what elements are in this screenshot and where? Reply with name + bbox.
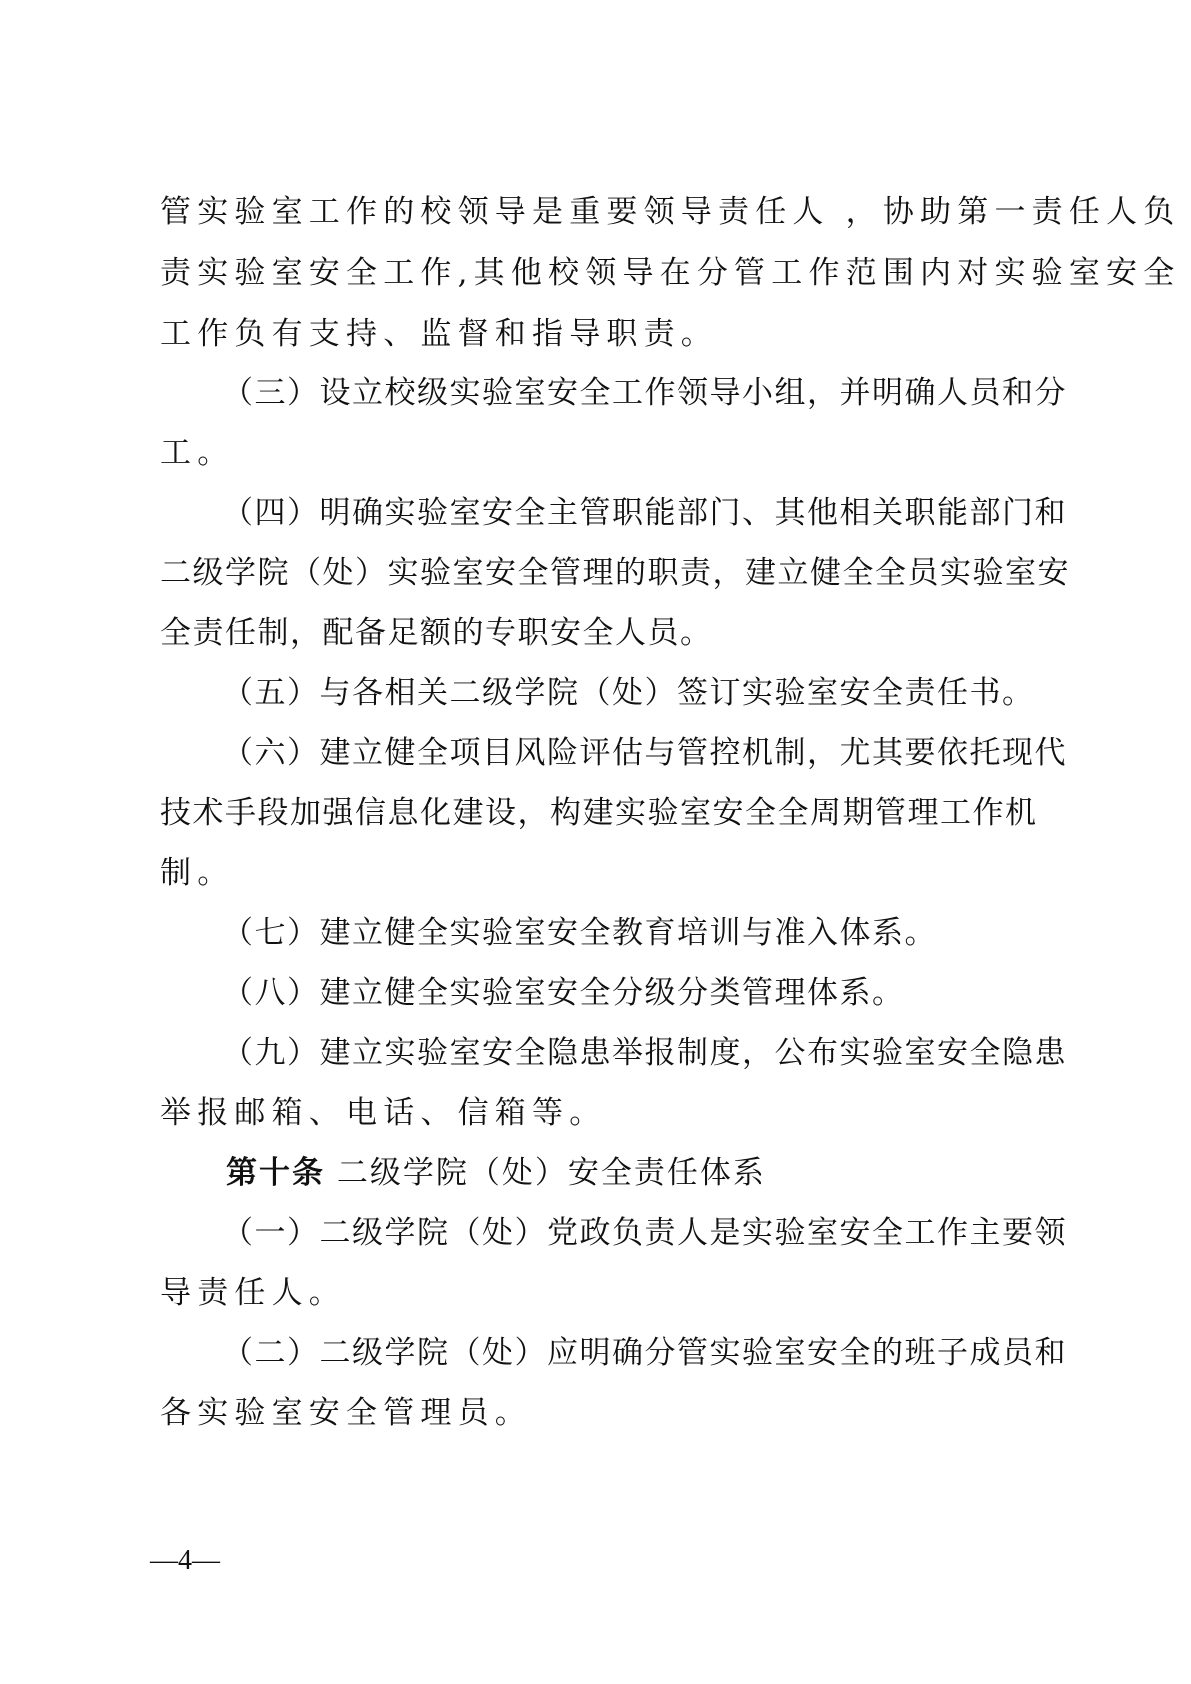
paragraph-line: 各实验室安全管理员。 — [160, 1393, 1050, 1433]
page-number: —4— — [150, 1545, 220, 1577]
paragraph-line: （三）设立校级实验室安全工作领导小组，并明确人员和分 — [222, 373, 1112, 413]
paragraph-line: （七）建立健全实验室安全教育培训与准入体系。 — [222, 913, 1112, 953]
paragraph-line: （八）建立健全实验室安全分级分类管理体系。 — [222, 973, 1112, 1013]
document-page: 管实验室工作的校领导是重要领导责任人 ，协助第一责任人负 责实验室安全工作,其他… — [0, 0, 1191, 1684]
paragraph-line: 导责任人。 — [160, 1273, 1050, 1313]
paragraph-line: （一）二级学院（处）党政负责人是实验室安全工作主要领 — [222, 1213, 1112, 1253]
article-number: 第十条 — [226, 1155, 325, 1191]
article-title: 二级学院（处）安全责任体系 — [337, 1155, 766, 1191]
paragraph-line: 工。 — [160, 433, 1050, 473]
paragraph-line: （四）明确实验室安全主管职能部门、其他相关职能部门和 — [222, 493, 1112, 533]
article-heading: 第十条 二级学院（处）安全责任体系 — [226, 1153, 1116, 1193]
paragraph-line: （六）建立健全项目风险评估与管控机制，尤其要依托现代 — [222, 733, 1112, 773]
paragraph-line: （五）与各相关二级学院（处）签订实验室安全责任书。 — [222, 673, 1112, 713]
paragraph-line: 制。 — [160, 853, 1050, 893]
paragraph-line: （二）二级学院（处）应明确分管实验室安全的班子成员和 — [222, 1333, 1112, 1373]
paragraph-line: 责实验室安全工作,其他校领导在分管工作范围内对实验室安全 — [160, 253, 1050, 293]
paragraph-line: 举报邮箱、电话、信箱等。 — [160, 1093, 1050, 1133]
paragraph-line: 管实验室工作的校领导是重要领导责任人 ，协助第一责任人负 — [160, 192, 1050, 232]
paragraph-line: 全责任制，配备足额的专职安全人员。 — [160, 613, 1050, 653]
paragraph-line: 技术手段加强信息化建设，构建实验室安全全周期管理工作机 — [160, 793, 1050, 833]
paragraph-line: 二级学院（处）实验室安全管理的职责，建立健全全员实验室安 — [160, 553, 1050, 593]
paragraph-line: （九）建立实验室安全隐患举报制度，公布实验室安全隐患 — [222, 1033, 1112, 1073]
paragraph-line: 工作负有支持、监督和指导职责。 — [160, 314, 1050, 354]
